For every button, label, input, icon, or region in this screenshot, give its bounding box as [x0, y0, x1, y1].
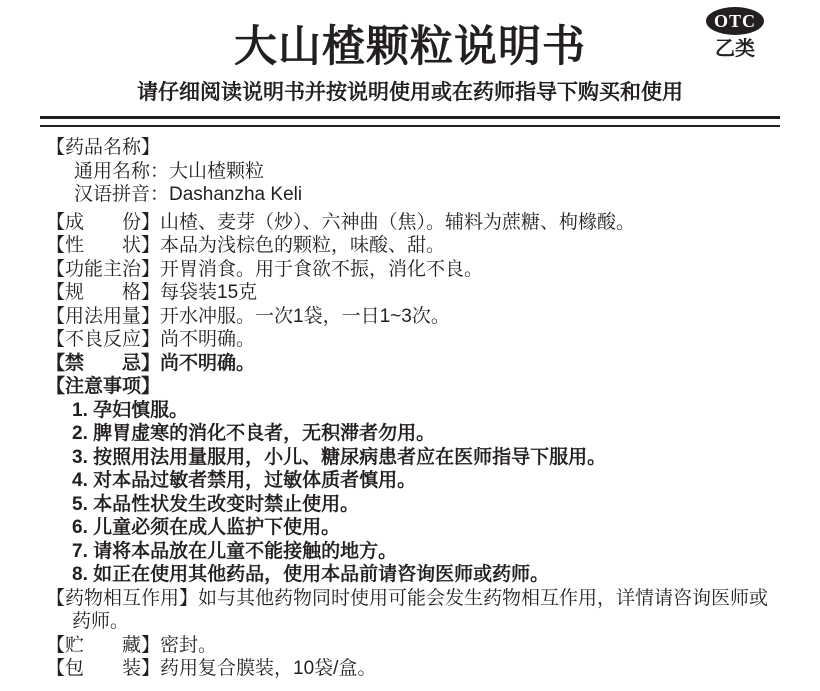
section-text: 本品为浅棕色的颗粒，味酸、甜。 [160, 235, 445, 256]
section-indications: 【功能主治】开胃消食。用于食欲不振，消化不良。 [46, 258, 784, 282]
leaflet-body: 【药品名称】 通用名称：大山楂颗粒 汉语拼音：Dashanzha Keli 【成… [46, 136, 784, 681]
section-ingredients: 【成 份】山楂、麦芽（炒）、六神曲（焦）。辅料为蔗糖、枸橼酸。 [46, 211, 784, 235]
precaution-item: 3. 按照用法用量服用，小儿、糖尿病患者应在医师指导下服用。 [46, 446, 784, 470]
precaution-item: 8. 如正在使用其他药品，使用本品前请咨询医师或药师。 [46, 563, 784, 587]
leaflet-page: OTC 乙类 大山楂颗粒说明书 请仔细阅读说明书并按说明使用或在药师指导下购买和… [0, 0, 820, 691]
section-storage: 【贮 藏】密封。 [46, 634, 784, 658]
section-text: 尚不明确。 [160, 329, 255, 350]
section-label: 【贮 藏】 [46, 635, 160, 656]
section-label: 【成 份】 [46, 212, 160, 233]
section-label: 【功能主治】 [46, 259, 160, 280]
precaution-item: 4. 对本品过敏者禁用，过敏体质者慎用。 [46, 469, 784, 493]
section-contraindications: 【禁 忌】尚不明确。 [46, 352, 784, 376]
precaution-item: 1. 孕妇慎服。 [46, 399, 784, 423]
precaution-item: 6. 儿童必须在成人监护下使用。 [46, 516, 784, 540]
header-divider [40, 116, 780, 127]
section-interactions: 【药物相互作用】如与其他药物同时使用可能会发生药物相互作用，详情请咨询医师或药师… [46, 587, 784, 634]
section-label: 【用法用量】 [46, 306, 160, 327]
otc-class-label: 乙类 [704, 38, 766, 60]
section-properties: 【性 状】本品为浅棕色的颗粒，味酸、甜。 [46, 234, 784, 258]
pinyin-line: 汉语拼音：Dashanzha Keli [46, 183, 784, 207]
section-adverse-reactions: 【不良反应】尚不明确。 [46, 328, 784, 352]
precaution-item: 5. 本品性状发生改变时禁止使用。 [46, 493, 784, 517]
page-title: 大山楂颗粒说明书 [0, 0, 820, 72]
section-text: 密封。 [160, 635, 217, 656]
precaution-item: 7. 请将本品放在儿童不能接触的地方。 [46, 540, 784, 564]
section-text: 尚不明确。 [160, 353, 255, 374]
section-label: 【包 装】 [46, 658, 160, 679]
section-text: 药用复合膜装，10袋/盒。 [160, 658, 376, 679]
section-precautions-label: 【注意事项】 [46, 375, 784, 399]
section-label: 【不良反应】 [46, 329, 160, 350]
section-text: 每袋装15克 [160, 282, 257, 303]
section-dosage: 【用法用量】开水冲服。一次1袋，一日1~3次。 [46, 305, 784, 329]
otc-logo-icon: OTC [706, 7, 764, 35]
section-specification: 【规 格】每袋装15克 [46, 281, 784, 305]
precaution-item: 2. 脾胃虚寒的消化不良者，无积滞者勿用。 [46, 422, 784, 446]
section-text: 开胃消食。用于食欲不振，消化不良。 [160, 259, 483, 280]
section-label: 【规 格】 [46, 282, 160, 303]
page-subtitle: 请仔细阅读说明书并按说明使用或在药师指导下购买和使用 [0, 81, 820, 104]
section-label: 【性 状】 [46, 235, 160, 256]
section-label: 【药物相互作用】 [46, 588, 198, 609]
section-text: 开水冲服。一次1袋，一日1~3次。 [160, 306, 450, 327]
otc-badge: OTC 乙类 [704, 7, 766, 60]
section-text: 山楂、麦芽（炒）、六神曲（焦）。辅料为蔗糖、枸橼酸。 [160, 212, 635, 233]
section-drug-name-label: 【药品名称】 [46, 136, 784, 160]
section-label: 【禁 忌】 [46, 353, 160, 374]
generic-name-line: 通用名称：大山楂颗粒 [46, 160, 784, 184]
section-package: 【包 装】药用复合膜装，10袋/盒。 [46, 657, 784, 681]
